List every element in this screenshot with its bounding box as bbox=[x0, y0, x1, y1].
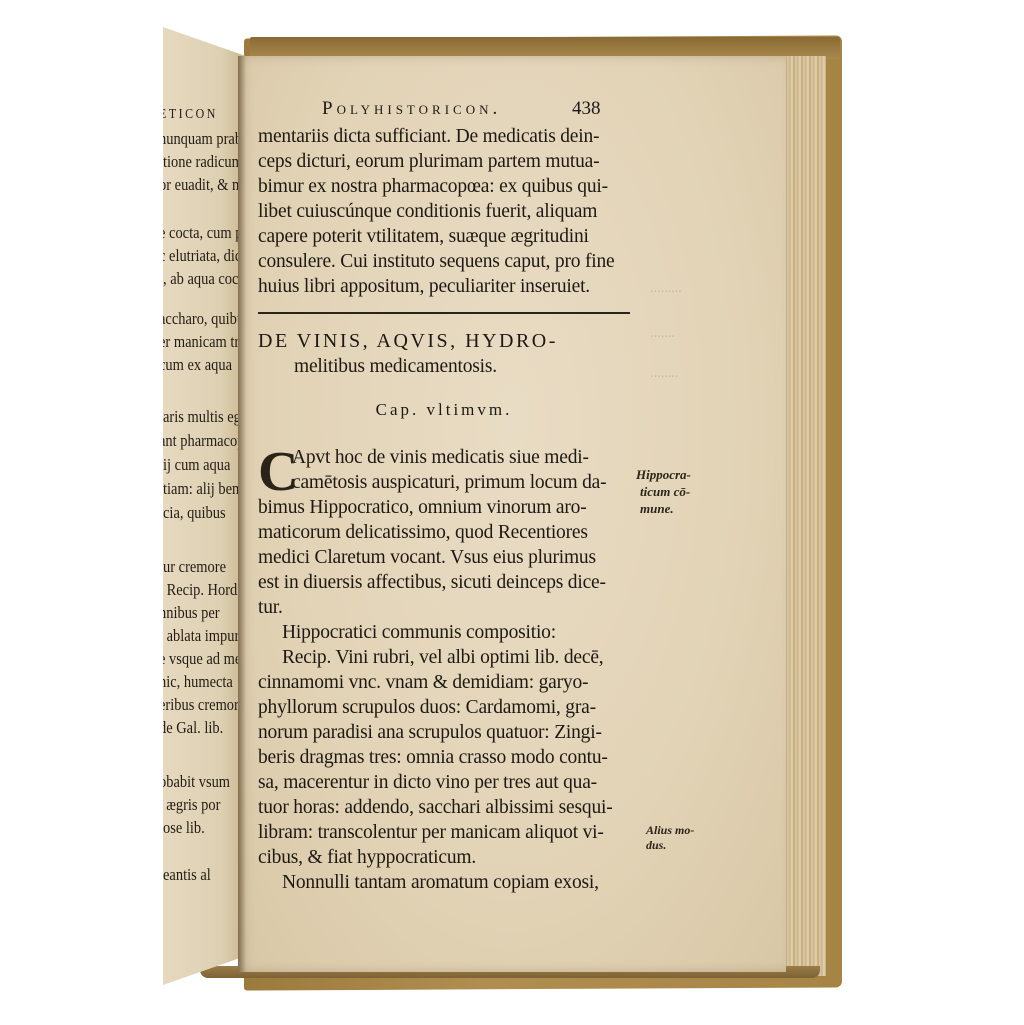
text-line: libram: transcolentur per manicam aliquo… bbox=[258, 822, 604, 844]
text-line: tuor horas: addendo, sacchari albissimi … bbox=[258, 797, 613, 819]
left-line: e cocta, cum pane bbox=[163, 223, 245, 243]
recipe-heading: Hippocratici communis compositio: bbox=[282, 622, 556, 644]
left-line: iaris multis egre bbox=[163, 407, 245, 427]
left-line: eribus cremor bbox=[163, 695, 239, 715]
gutter-shadow bbox=[238, 56, 246, 972]
left-line: leantis al bbox=[163, 865, 211, 885]
text-line: camētosis auspicaturi, primum locum da- bbox=[292, 472, 606, 494]
left-line: , ægris por bbox=[163, 795, 220, 815]
show-through-text: ········ bbox=[650, 370, 678, 386]
section-title-line-1: DE VINIS, AQVIS, HYDRO- bbox=[258, 330, 558, 353]
marginal-note-line: ticum cō- bbox=[636, 483, 691, 500]
text-line: Recip. Vini rubri, vel albi optimi lib. … bbox=[282, 647, 603, 669]
marginal-note-line: mune. bbox=[636, 500, 691, 517]
marginal-note-line: dus. bbox=[646, 838, 694, 853]
left-line: i, ab aqua cocta ab bbox=[163, 269, 245, 289]
marginal-note-alius-modus: Alius mo- dus. bbox=[646, 823, 694, 853]
left-line: obabit vsum bbox=[163, 772, 230, 792]
marginal-note-line: Alius mo- bbox=[646, 823, 694, 838]
left-line: : ablata impuri bbox=[163, 626, 243, 646]
section-divider-rule bbox=[258, 312, 630, 314]
marginal-note-line: Hippocra- bbox=[636, 466, 691, 483]
text-line: mentariis dicta sufficiant. De medicatis… bbox=[258, 126, 599, 148]
text-line: bimur ex nostra pharmacopœa: ex quibus q… bbox=[258, 176, 608, 198]
left-line: ant pharmacopœ bbox=[163, 431, 245, 451]
running-head: Polyhistoricon. 438 bbox=[0, 98, 1024, 122]
text-line: capere poterit vtilitatem, suæque ægritu… bbox=[258, 226, 589, 248]
left-line: er manicam trans bbox=[163, 332, 245, 352]
text-line: tur. bbox=[258, 597, 283, 619]
left-line: or euadit, & mag bbox=[163, 175, 245, 195]
text-line: Apvt hoc de vinis medicatis siue medi- bbox=[292, 447, 589, 469]
text-line: est in diuersis affectibus, sicuti deinc… bbox=[258, 572, 606, 594]
text-line: beris dragmas tres: omnia crasso modo co… bbox=[258, 747, 608, 769]
left-line: itione radicum g bbox=[163, 152, 245, 172]
show-through-text: ········· bbox=[650, 285, 682, 301]
page-block-edges bbox=[780, 56, 826, 976]
left-line: itiam: alij bene bbox=[163, 479, 245, 499]
closing-line: Nonnulli tantam aromatum copiam exosi, bbox=[282, 872, 599, 894]
text-line: consulere. Cui instituto sequens caput, … bbox=[258, 251, 615, 273]
text-line: cibus, & fiat hyppocraticum. bbox=[258, 847, 476, 869]
marginal-note-hippocraticum: Hippocra- ticum cō- mune. bbox=[636, 466, 691, 517]
text-line: ceps dicturi, eorum plurimam partem mutu… bbox=[258, 151, 599, 173]
left-line: : Recip. Hordi bbox=[163, 580, 241, 600]
left-line: c elutriata, dicine bbox=[163, 246, 245, 266]
left-line: e vsque ad me bbox=[163, 649, 241, 669]
left-line: de Gal. lib. bbox=[163, 718, 223, 738]
left-line: lij cum aqua bbox=[163, 455, 230, 475]
text-line: huius libri appositum, peculiariter inse… bbox=[258, 276, 590, 298]
section-title-line-2: melitibus medicamentosis. bbox=[294, 356, 497, 378]
text-line: bimus Hippocratico, omnium vinorum aro- bbox=[258, 497, 587, 519]
text-line: maticorum delicatissimo, quod Recentiore… bbox=[258, 522, 588, 544]
text-line: sa, macerentur in dicto vino per tres au… bbox=[258, 772, 597, 794]
left-line: lcia, quibus bbox=[163, 503, 226, 523]
show-through-text: ······· bbox=[650, 330, 675, 346]
left-line: hic, humecta bbox=[163, 672, 233, 692]
left-line: accharo, quibus bbox=[163, 309, 245, 329]
text-line: phyllorum scrupulos duos: Cardamomi, gra… bbox=[258, 697, 596, 719]
left-line: tur cremore bbox=[163, 557, 226, 577]
drop-cap-initial: C bbox=[258, 444, 298, 500]
page-number: 438 bbox=[572, 98, 601, 120]
left-line: iose lib. bbox=[163, 818, 205, 838]
open-book: ETICON nunquam prabibi itione radicum g … bbox=[0, 0, 1024, 1025]
text-line: medici Claretum vocant. Vsus eius plurim… bbox=[258, 547, 596, 569]
text-line: libet cuiuscúnque conditionis fuerit, al… bbox=[258, 201, 597, 223]
left-line: cum ex aqua bbox=[163, 355, 232, 375]
text-line: norum paradisi ana scrupulos quatuor: Zi… bbox=[258, 722, 602, 744]
left-line: nnibus per bbox=[163, 603, 220, 623]
left-line: nunquam prabibi bbox=[163, 129, 245, 149]
left-page: ETICON nunquam prabibi itione radicum g … bbox=[163, 27, 245, 985]
chapter-title: Cap. vltimvm. bbox=[258, 400, 630, 420]
running-head-title: Polyhistoricon. bbox=[322, 98, 501, 120]
text-line: cinnamomi vnc. vnam & demidiam: garyo- bbox=[258, 672, 588, 694]
